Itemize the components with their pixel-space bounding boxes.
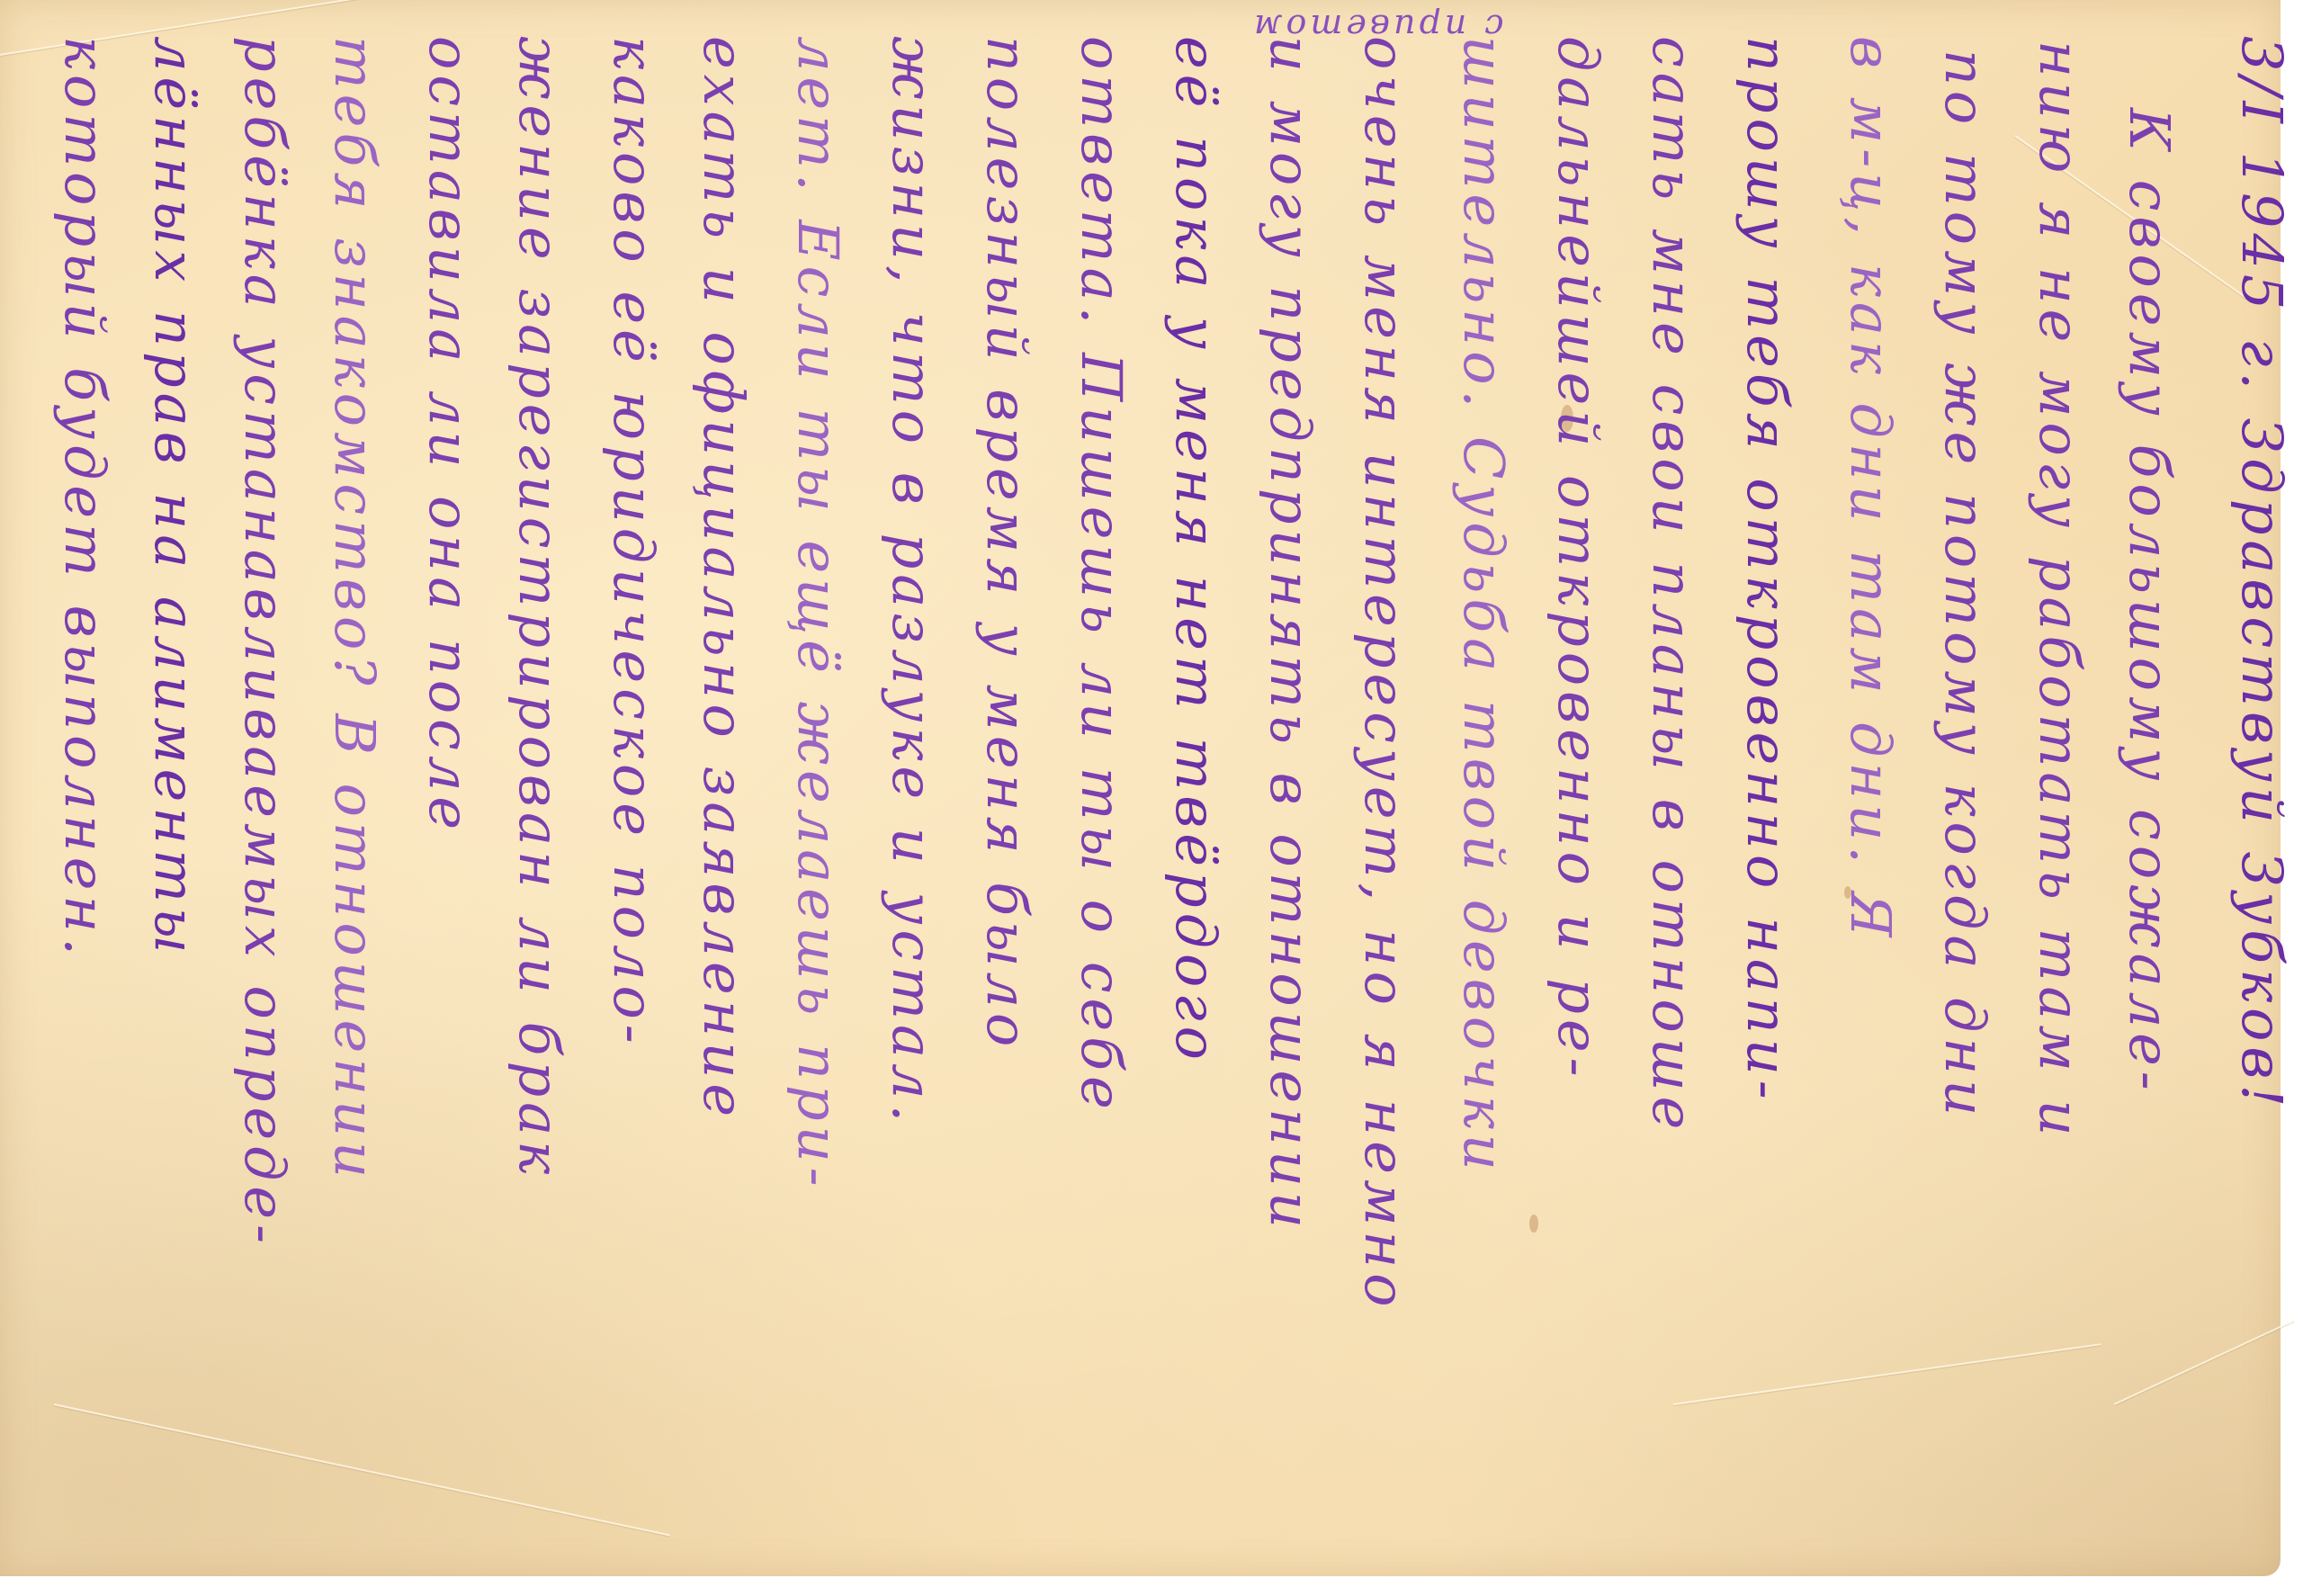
handwritten-line: жение зарегистрирован ли брак bbox=[511, 36, 567, 1179]
handwritten-line: дальнейшей откровенно и ре- bbox=[1550, 36, 1606, 1082]
handwritten-line: лет. Если ты ещё желаешь при- bbox=[790, 36, 846, 1192]
handwritten-line: тебя знакомство? В отношении bbox=[327, 36, 382, 1183]
handwritten-line: каково её юридическое поло- bbox=[605, 36, 661, 1049]
handwritten-line: нию я не могу работать там и bbox=[2031, 40, 2087, 1141]
paper-crease bbox=[1673, 1343, 2101, 1405]
handwritten-line: который будет выполнен. bbox=[57, 36, 112, 961]
handwritten-line: в м-ц, как дни там дни. Я bbox=[1842, 36, 1898, 943]
handwritten-line: её пока у меня нет твёрдого bbox=[1168, 36, 1223, 1065]
handwritten-line: 3/I 1945 г. Здравствуй Зубков! bbox=[2234, 36, 2290, 1112]
postcard: с приветом 3/I 1945 г. Здравствуй Зубков… bbox=[0, 0, 2281, 1576]
handwritten-line: и могу предпринять в отношении bbox=[1262, 36, 1318, 1233]
paper-crease bbox=[2114, 1320, 2294, 1405]
handwritten-line: полезный время у меня было bbox=[979, 36, 1035, 1052]
handwritten-line: К своему большому сожале- bbox=[2121, 108, 2177, 1096]
handwritten-line: ответа. Пишешь ли ты о себе bbox=[1073, 36, 1129, 1115]
paper-crease bbox=[0, 0, 800, 56]
handwritten-line: ребёнка устанавливаемых опреде- bbox=[237, 36, 292, 1249]
handwritten-line: сать мне свои планы в отноше bbox=[1644, 36, 1700, 1134]
handwritten-line: очень меня интересует, но я немно bbox=[1357, 36, 1412, 1313]
handwritten-line: жизни, что в разлуке и устал. bbox=[884, 36, 940, 1127]
handwritten-line: по тому же потому когда дни bbox=[1937, 49, 1993, 1121]
handwritten-line: оставила ли она после bbox=[421, 36, 477, 835]
paper-crease bbox=[54, 1403, 670, 1536]
handwritten-line: прошу тебя откровенно напи- bbox=[1739, 36, 1795, 1105]
handwritten-line: ехать и официально заявление bbox=[695, 36, 751, 1122]
handwritten-line: лённых прав на алименты bbox=[147, 36, 202, 959]
ink-stain bbox=[1529, 1215, 1538, 1233]
handwritten-line: шительно. Судьба твой девочки bbox=[1456, 36, 1511, 1176]
